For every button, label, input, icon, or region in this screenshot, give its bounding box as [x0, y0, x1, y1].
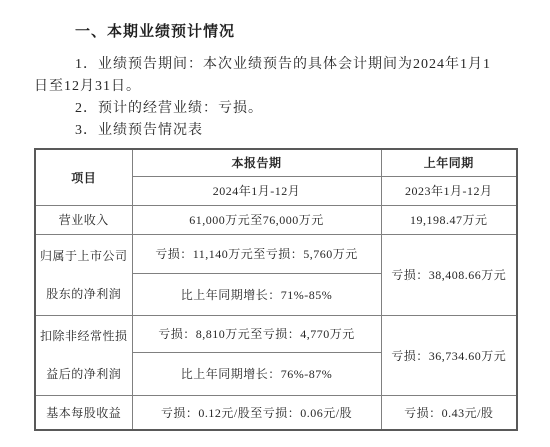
revenue-current-value: 61,000万元至76,000万元	[132, 205, 381, 234]
header-cell-current-period: 本报告期	[132, 149, 381, 176]
forecast-table: 项目 本报告期 上年同期 2024年1月-12月 2023年1月-12月 营业收…	[34, 148, 518, 431]
paragraph-table-caption: 3．业绩预告情况表	[34, 120, 516, 142]
net-profit-yoy-change: 比上年同期增长：71%-85%	[132, 273, 381, 315]
table-row-revenue: 营业收入 61,000万元至76,000万元 19,198.47万元	[35, 205, 517, 234]
eps-prior-value: 亏损：0.43元/股	[381, 395, 517, 430]
section-heading: 一、本期业绩预计情况	[34, 22, 516, 41]
net-profit-loss-range: 亏损：11,140万元至亏损：5,760万元	[132, 234, 381, 273]
net-profit-excl-prior-value: 亏损：36,734.60万元	[381, 315, 517, 395]
eps-current-value: 亏损：0.12元/股至亏损：0.06元/股	[132, 395, 381, 430]
revenue-prior-value: 19,198.47万元	[381, 205, 517, 234]
header-cell-prior-period: 上年同期	[381, 149, 517, 176]
header-cell-item: 项目	[35, 149, 132, 205]
table-row-net-profit-excl: 扣除非经常性损 益后的净利润 亏损：8,810万元至亏损：4,770万元 亏损：…	[35, 315, 517, 352]
paragraph-forecast-period-line1: 1．业绩预告期间：本次业绩预告的具体会计期间为2024年1月1	[34, 54, 516, 76]
table-header-row-1: 项目 本报告期 上年同期	[35, 149, 517, 176]
paragraph-forecast-period-line2: 日至12月31日。	[34, 76, 516, 98]
eps-label: 基本每股收益	[35, 395, 132, 430]
table-row-net-profit: 归属于上市公司 股东的净利润 亏损：11,140万元至亏损：5,760万元 亏损…	[35, 234, 517, 273]
revenue-label: 营业收入	[35, 205, 132, 234]
net-profit-excl-loss-range: 亏损：8,810万元至亏损：4,770万元	[132, 315, 381, 352]
paragraph-expected-results: 2．预计的经营业绩：亏损。	[34, 98, 516, 120]
header-cell-prior-period-range: 2023年1月-12月	[381, 176, 517, 205]
document-page: 一、本期业绩预计情况 1．业绩预告期间：本次业绩预告的具体会计期间为2024年1…	[0, 0, 550, 447]
table-row-eps: 基本每股收益 亏损：0.12元/股至亏损：0.06元/股 亏损：0.43元/股	[35, 395, 517, 430]
net-profit-label: 归属于上市公司 股东的净利润	[35, 234, 132, 315]
net-profit-prior-value: 亏损：38,408.66万元	[381, 234, 517, 315]
net-profit-excl-yoy-change: 比上年同期增长：76%-87%	[132, 352, 381, 395]
header-cell-current-period-range: 2024年1月-12月	[132, 176, 381, 205]
net-profit-excl-label: 扣除非经常性损 益后的净利润	[35, 315, 132, 395]
